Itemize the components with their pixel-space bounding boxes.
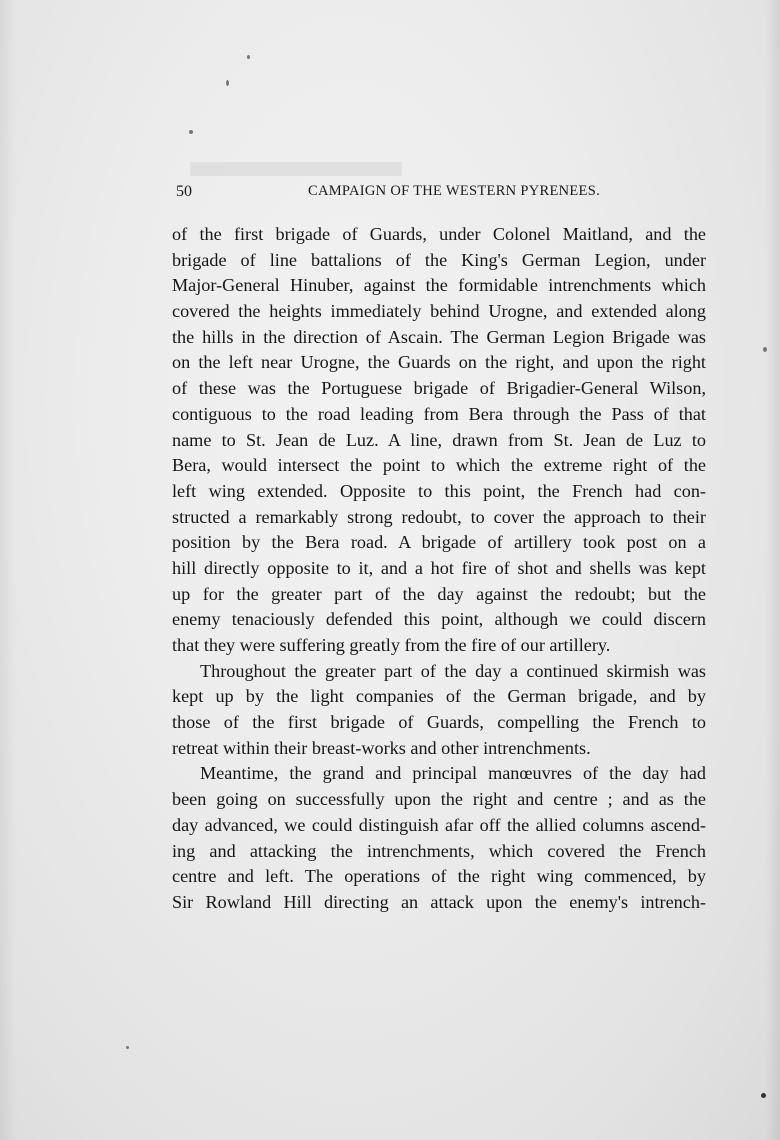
- text-line: name to St. Jean de Luz. A line, drawn f…: [172, 428, 706, 454]
- paper-speck: [761, 1093, 766, 1098]
- text-line: that they were suffering greatly from th…: [172, 633, 706, 659]
- text-line: left wing extended. Opposite to this poi…: [172, 479, 706, 505]
- text-line: brigade of line battalions of the King's…: [172, 248, 706, 274]
- text-line: hill directly opposite to it, and a hot …: [172, 556, 706, 582]
- text-line: covered the heights immediately behind U…: [172, 299, 706, 325]
- text-line: Throughout the greater part of the day a…: [172, 659, 706, 685]
- text-line: up for the greater part of the day again…: [172, 582, 706, 608]
- text-line: Major-General Hinuber, against the formi…: [172, 273, 706, 299]
- text-line: kept up by the light companies of the Ge…: [172, 684, 706, 710]
- paper-speck: [247, 55, 250, 59]
- text-line: enemy tenaciously defended this point, a…: [172, 607, 706, 633]
- text-line: retreat within their breast-works and ot…: [172, 736, 706, 762]
- text-line: ing and attacking the intrenchments, whi…: [172, 839, 706, 865]
- page-shadow-right: [766, 0, 780, 1140]
- paper-speck: [126, 1046, 129, 1049]
- page-shadow-left: [0, 0, 16, 1140]
- paper-speck: [226, 80, 229, 86]
- text-line: position by the Bera road. A brigade of …: [172, 530, 706, 556]
- book-page: 50 CAMPAIGN OF THE WESTERN PYRENEES. of …: [0, 0, 780, 1140]
- text-line: of the first brigade of Guards, under Co…: [172, 222, 706, 248]
- text-line: those of the first brigade of Guards, co…: [172, 710, 706, 736]
- text-line: structed a remarkably strong redoubt, to…: [172, 505, 706, 531]
- text-line: been going on successfully upon the righ…: [172, 787, 706, 813]
- text-line: of these was the Portuguese brigade of B…: [172, 376, 706, 402]
- page-number: 50: [176, 183, 192, 201]
- paper-speck: [189, 130, 193, 134]
- running-title: CAMPAIGN OF THE WESTERN PYRENEES.: [192, 183, 716, 200]
- text-line: Meantime, the grand and principal manœuv…: [172, 761, 706, 787]
- paper-speck: [763, 347, 767, 352]
- text-line: centre and left. The operations of the r…: [172, 864, 706, 890]
- text-line: Sir Rowland Hill directing an attack upo…: [172, 890, 706, 916]
- text-line: on the left near Urogne, the Guards on t…: [172, 350, 706, 376]
- running-header: 50 CAMPAIGN OF THE WESTERN PYRENEES.: [176, 180, 716, 204]
- text-line: the hills in the direction of Ascain. Th…: [172, 325, 706, 351]
- body-text: of the first brigade of Guards, under Co…: [172, 222, 706, 916]
- text-line: contiguous to the road leading from Bera…: [172, 402, 706, 428]
- text-line: day advanced, we could distinguish afar …: [172, 813, 706, 839]
- text-line: Bera, would intersect the point to which…: [172, 453, 706, 479]
- show-through-smudge: [190, 162, 402, 176]
